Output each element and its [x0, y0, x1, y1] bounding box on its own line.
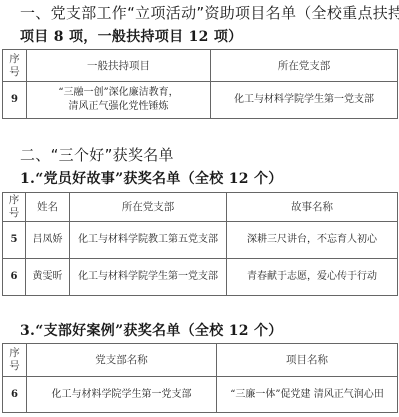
cell-branch: 化工与材料学院学生第一党支部 — [70, 259, 227, 296]
header-seq: 序号 — [3, 193, 26, 222]
branch-cases-table: 序号 党支部名称 项目名称 6 化工与材料学院学生第一党支部 “三廉一体”促党建… — [2, 343, 398, 413]
cell-story: 深耕三尺讲台，不忘育人初心 — [227, 222, 398, 259]
header-seq: 序号 — [3, 344, 27, 377]
table-row: 6 化工与材料学院学生第一党支部 “三廉一体”促党建 清风正气润心田 — [3, 377, 398, 413]
section2-title: 二、“三个好”获奖名单 — [20, 144, 174, 165]
cell-branch: 化工与材料学院教工第五党支部 — [70, 222, 227, 259]
sub1-title: 1.“党员好故事”获奖名单（全校 12 个） — [20, 168, 283, 188]
header-branch-name: 党支部名称 — [27, 344, 217, 377]
party-stories-table: 序号 姓名 所在党支部 故事名称 5 吕凤娇 化工与材料学院教工第五党支部 深耕… — [2, 192, 398, 296]
section1-title-line1: 一、党支部工作“立项活动”资助项目名单（全校重点扶持 — [20, 2, 399, 23]
header-name: 姓名 — [26, 193, 70, 222]
header-project: 一般扶持项目 — [27, 50, 211, 82]
table-row: 6 黄雯昕 化工与材料学院学生第一党支部 青春献于志愿，爱心传于行动 — [3, 259, 398, 296]
cell-seq: 5 — [3, 222, 26, 259]
header-seq: 序号 — [3, 50, 27, 82]
sub3-title: 3.“支部好案例”获奖名单（全校 12 个） — [20, 320, 283, 340]
table-header-row: 序号 姓名 所在党支部 故事名称 — [3, 193, 398, 222]
cell-seq: 6 — [3, 259, 26, 296]
table-header-row: 序号 一般扶持项目 所在党支部 — [3, 50, 398, 82]
header-story: 故事名称 — [227, 193, 398, 222]
cell-project: “三融一创”深化廉洁教育， 清风正气强化党性锤炼 — [27, 82, 211, 119]
project-line2: 清风正气强化党性锤炼 — [27, 100, 210, 114]
cell-seq: 6 — [3, 377, 27, 413]
cell-name: 黄雯昕 — [26, 259, 70, 296]
cell-story: 青春献于志愿，爱心传于行动 — [227, 259, 398, 296]
cell-branch: 化工与材料学院学生第一党支部 — [27, 377, 217, 413]
header-branch: 所在党支部 — [70, 193, 227, 222]
cell-branch: 化工与材料学院学生第一党支部 — [211, 82, 398, 119]
project-line1: “三融一创”深化廉洁教育， — [27, 86, 210, 100]
section1-title-line2: 项目 8 项，一般扶持项目 12 项） — [20, 26, 242, 46]
support-projects-table: 序号 一般扶持项目 所在党支部 9 “三融一创”深化廉洁教育， 清风正气强化党性… — [2, 49, 398, 119]
table-header-row: 序号 党支部名称 项目名称 — [3, 344, 398, 377]
table-row: 5 吕凤娇 化工与材料学院教工第五党支部 深耕三尺讲台，不忘育人初心 — [3, 222, 398, 259]
header-project-name: 项目名称 — [217, 344, 398, 377]
header-branch: 所在党支部 — [211, 50, 398, 82]
cell-name: 吕凤娇 — [26, 222, 70, 259]
table-row: 9 “三融一创”深化廉洁教育， 清风正气强化党性锤炼 化工与材料学院学生第一党支… — [3, 82, 398, 119]
cell-project: “三廉一体”促党建 清风正气润心田 — [217, 377, 398, 413]
cell-seq: 9 — [3, 82, 27, 119]
